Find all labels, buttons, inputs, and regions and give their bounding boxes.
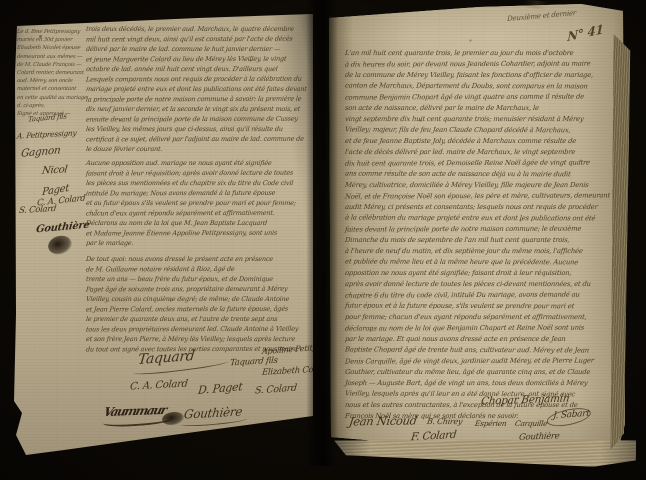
signature: D. Paget (198, 380, 243, 397)
handwriting-line: faites devant la principale porte de not… (344, 223, 621, 235)
handwriting-line: Mérey, cultivatrice, domiciliée à Mérey … (345, 180, 622, 191)
margin-signature: Gagnon (20, 144, 61, 160)
margin-signature: S. Colard (18, 204, 56, 216)
handwriting-line: octobre de lad. année mil huit cent ving… (86, 64, 313, 74)
handwriting-line: et son frère Jean Pierre, à Mérey lès Vi… (86, 334, 313, 344)
signature: Taquard (137, 348, 195, 368)
handwriting-line: les Vieilley, les mêmes jours que ci-des… (86, 124, 313, 134)
handwriting-line: De tout quoi: nous avons dressé le prése… (86, 254, 313, 264)
handwriting-line: son acte de naissance, délivré par le ma… (345, 103, 622, 114)
handwriting-line: mariage projeté entre eux et dont les pu… (86, 84, 313, 94)
handwriting-line: Joseph — Auguste Bart, âgé de vingt un a… (345, 378, 622, 389)
body-paragraph-2: Aucune opposition aud. mariage ne nous a… (86, 158, 313, 248)
handwriting-line: Paget âgé de soixante trois ans, proprié… (85, 284, 313, 295)
handwriting-line: certificat à ce sujet, délivré par l'adj… (85, 134, 313, 145)
margin-note-line: en cette qualité au mariage (17, 94, 90, 102)
handwriting-line: Vieilley, cousin au cinquième degré; de … (86, 294, 313, 304)
handwriting-line: Lesquels comparants nous ont requis de p… (85, 74, 313, 85)
handwriting-line: tous les deux propriétaires demeurant le… (85, 324, 313, 335)
folio-number: N° 41 (567, 22, 604, 44)
handwriting-line: et Madame Jeanne Étienne Appoline Petitp… (85, 228, 313, 239)
right-page: Deuxième et dernier N° 41 L'an mil huit … (329, 4, 625, 456)
signature: Jean Nicoud (348, 413, 418, 428)
signature: Gouthière (183, 404, 243, 421)
signature: Espérien (474, 419, 507, 428)
margin-note-line: maternel et consentant (17, 85, 90, 93)
handwriting-line: Gouthier, cultivateur du même lieu, âgé … (345, 367, 622, 378)
handwriting-line: la principale porte de notre maison comm… (85, 94, 313, 105)
handwriting-line: mil huit cent vingt deux, ainsi qu'il es… (85, 34, 313, 45)
margin-note-line: demeurant aux mêmes — (17, 53, 90, 61)
handwriting-line: vingt septembre dix huit cent quarante t… (345, 114, 622, 125)
handwriting-line: et de feue Jeanne Baptiste Joly, décédée… (345, 136, 622, 147)
handwriting-line: futur époux et à la future épouse, s'ils… (344, 301, 621, 313)
margin-note-line: Le d. 8me Petitpressigny (17, 28, 90, 36)
ink-blot (46, 233, 74, 257)
handwriting-line: et Jean Pierre Colard, oncles maternels … (85, 304, 313, 315)
signature: B. Chirey (426, 417, 462, 426)
act-body-text: L'an mil huit cent quarante trois, le pr… (345, 48, 621, 422)
handwriting-line: et jeune Marguerite Colard au lieu de Mé… (85, 54, 313, 65)
handwriting-line: et au futur époux s'ils veulent se prend… (86, 198, 313, 208)
handwriting-line: déclarons au nom de la loi que Benjamin … (344, 322, 621, 334)
dust-specks (0, 0, 1, 1)
page-header-note: Deuxième et dernier (507, 9, 576, 23)
margin-note-line: Elisabeth Nicolet épouse (17, 44, 90, 52)
handwriting-line: à dix heures du soir, par devant nous Je… (344, 58, 621, 70)
handwriting-line: pour femme; chacun d'eux ayant répondu s… (345, 312, 622, 323)
handwriting-line: trente un ans — beau frère du futur épou… (86, 274, 313, 284)
margin-signature: Nicol (41, 164, 68, 176)
handwriting-line: Aucune opposition aud. mariage ne nous a… (86, 158, 313, 168)
handwriting-line: commune Benjamin Chopart âgé de vingt qu… (344, 91, 621, 103)
body-paragraph-1: trois deux décédés, le premier aud. Marc… (86, 24, 313, 154)
handwriting-line: par le mariage. (86, 238, 313, 248)
signature: S. Colard (255, 382, 298, 396)
margin-note-line: de M. Claude François — (17, 61, 90, 69)
book-fore-edge (611, 34, 631, 450)
handwriting-line: L'an mil huit cent quarante trois, le pr… (345, 48, 622, 59)
body-paragraph-3: De tout quoi: nous avons dressé le prése… (86, 254, 313, 354)
handwriting-line: de la commune de Mérey Vieilley, faisant… (345, 70, 622, 81)
margin-note-line: Colard rentier, demeurant (17, 69, 90, 77)
handwriting-line: ans comme résulte de son acte de naissan… (344, 169, 621, 181)
handwriting-line: dix neuf janvier dernier, et la seconde … (86, 104, 313, 114)
handwriting-line: et publiée du même lieu et à la même heu… (344, 257, 621, 269)
handwriting-line: de M. Guillaume notaire résidant à Rioz,… (85, 264, 313, 275)
signature: Carquille (514, 419, 548, 428)
signature: Vaummaur (102, 403, 167, 419)
handwriting-line: le premier de quarante deux ans, et l'au… (86, 314, 313, 324)
margin-note-line: d. ci-après. (17, 102, 90, 110)
corner-mark: № (16, 16, 23, 24)
handwriting-line: le douze février courant. (86, 144, 313, 154)
handwriting-line: chacun d'eux ayant répondu séparément et… (85, 208, 313, 219)
handwriting-line: ensuite devant la principale porte de la… (85, 114, 313, 125)
margin-annotation: Le d. 8me Petitpressignymariés en 30d ja… (17, 28, 89, 118)
handwriting-line: Noël, et de Françoise Noël son épouse, l… (344, 190, 621, 202)
left-page: № Le d. 8me Petitpressignymariés en 30d … (12, 14, 313, 456)
handwriting-line: Dimanche du mois de septembre de l'an mi… (345, 235, 622, 246)
margin-signature: A. Petitpressigny (17, 128, 77, 140)
handwriting-line: par le mariage. Et quoi nous avons dress… (345, 334, 622, 345)
handwriting-line: Déclarons au nom de la loi que M. Jean B… (86, 218, 313, 228)
handwriting-line: l'acte de décès délivré par led. maire d… (345, 147, 622, 158)
handwriting-line: trois deux décédés, le premier aud. Marc… (86, 24, 313, 34)
handwriting-line: faisant droit à leur réquisition; après … (85, 168, 313, 179)
margin-signature: Gouthière (35, 220, 90, 236)
register-photo: № Le d. 8me Petitpressignymariés en 30d … (0, 0, 646, 480)
signature: C. A. Colard (129, 378, 188, 392)
handwriting-line: les pièces sus mentionnées et du chapitr… (86, 178, 313, 188)
handwriting-line: Vieilley; majeur, fils de feu Jean Claud… (344, 125, 621, 137)
handwriting-line: à l'heure de neuf du matin, et dix septi… (345, 246, 622, 257)
handwriting-line: délivré par le maire de lad. commune le … (86, 44, 313, 54)
handwriting-line: opposition ne nous ayant été signifiée; … (345, 268, 622, 279)
binding-gutter-shadow (306, 0, 338, 466)
handwriting-line: Denis Carquille, âgé de vingt deux, jard… (344, 355, 621, 367)
handwriting-line: intitulé Du mariage; Nous avons demandé … (85, 188, 313, 199)
signature: J. Sabart (553, 409, 590, 422)
handwriting-line: audit Mérey, ci présents et consentants;… (345, 202, 622, 213)
handwriting-line: après avoir donné lecture de toutes les … (345, 279, 622, 290)
